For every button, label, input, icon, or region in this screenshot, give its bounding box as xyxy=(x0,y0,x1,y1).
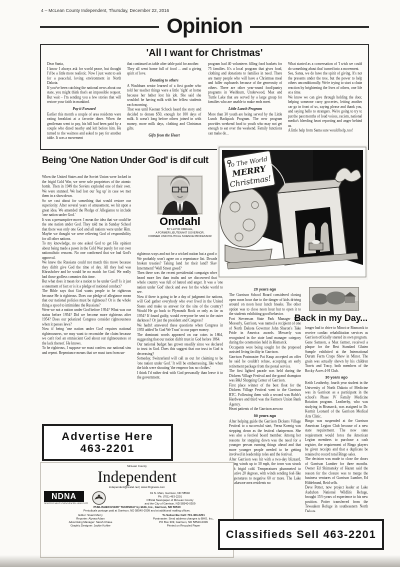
columnist-block: Omdahl BY LLOYD OMDAHL, A FORMER LIEUTEN… xyxy=(137,175,223,241)
paragraph: More than 30 youth are being served by t… xyxy=(208,112,282,136)
cartoon-gift-tag: To The World MERRY Christmas! xyxy=(223,150,275,192)
section-title: Opinion xyxy=(167,15,243,39)
advertise-here-ad: Advertise Here 463-2201 xyxy=(42,424,173,461)
header-rule-right xyxy=(250,26,369,28)
article-christmas-title: 'All I want for Christmas' xyxy=(41,45,368,59)
paragraph: Earlier this month a couple of area resi… xyxy=(47,112,121,141)
masthead-address-1: 91 N. Main, Garrison, ND 58540 xyxy=(110,492,230,496)
history-photo xyxy=(309,287,359,311)
backday-title-wrap: Back in my Day... xyxy=(293,313,369,323)
masthead-name: Independent xyxy=(44,469,230,486)
christmas-col-2: that continued as table after table paid… xyxy=(127,62,201,144)
masthead-address-2: Ph: (701) 463-2201 xyxy=(110,495,230,499)
backday-col-left: 20 years ago The Garrison School Board c… xyxy=(229,284,301,514)
paragraph: longer had to drive to Minot or Bismarck… xyxy=(305,326,368,374)
header-rule-left xyxy=(40,26,159,28)
paragraph: righteous ways and not be a wicked natio… xyxy=(137,252,223,380)
paragraph: Keith Leatherby, fourth year student in … xyxy=(305,381,368,512)
masthead: McLean County Independent independent@re… xyxy=(40,462,234,558)
paragraph: that continued as table after table paid… xyxy=(127,62,201,76)
christmas-col-1: Dear Santa, I know I always ask for worl… xyxy=(47,62,121,144)
ndna-caption: NORTH DAKOTA NEWSPAPER ASSOCIATION xyxy=(44,502,88,505)
masthead-postage-line: Periodicals postage paid at Garrison, ND… xyxy=(44,510,230,513)
masthead-staff-designer: Graphic Designer: Jackie Kohler xyxy=(44,525,137,528)
paragraph: program had 40 volunteers filling food b… xyxy=(208,62,282,105)
christmas-col-4: What started as a conversation of 'I wis… xyxy=(288,62,362,144)
heading-50-years-ago: 50 years ago xyxy=(229,413,301,418)
paragraph: What started as a conversation of 'I wis… xyxy=(288,62,362,133)
eagle-icon xyxy=(92,491,106,505)
paragraph: The Garrison School Board considered clo… xyxy=(229,293,301,412)
article-christmas-columns: Dear Santa, I know I always ask for worl… xyxy=(41,59,368,144)
columnist-credential-2: FORMER UND POLITICAL SCIENCE PROFESSOR xyxy=(137,235,223,239)
omdahl-photo xyxy=(157,175,203,215)
christmas-col-3: program had 40 volunteers filling food b… xyxy=(208,62,282,144)
ndna-logo: NDNA NORTH DAKOTA NEWSPAPER ASSOCIATION xyxy=(44,491,88,505)
nation-col-1: When the United States and the Soviet Un… xyxy=(42,175,131,421)
section-header: Opinion xyxy=(40,14,369,40)
subhead-pay-it-forward: Pay it Forward xyxy=(47,106,121,111)
subhead-little-lunch-program: Little Lunch Program xyxy=(208,106,282,111)
classifieds-ad: Classifieds Sell 463-2201 xyxy=(218,519,384,550)
paragraph: When the United States and the Soviet Un… xyxy=(42,175,131,356)
subhead-gifts-from-the-heart: Gifts from the Heart xyxy=(127,133,201,138)
paragraph: Dear Santa, I know I always ask for worl… xyxy=(47,62,121,105)
masthead-address-4: and the City of Garrison, ND 58540-0309 xyxy=(110,502,230,504)
editorial-cartoon-image: To The World MERRY Christmas! xyxy=(217,145,368,280)
subhead-donating-to-others: Donating to others xyxy=(127,78,201,83)
advertise-ad-line-2: 463-2201 xyxy=(80,443,135,455)
article-christmas: 'All I want for Christmas' Dear Santa, I… xyxy=(40,44,369,150)
heading-20-years-ago: 20 years ago xyxy=(229,287,301,292)
masthead-county: McLean County xyxy=(44,465,230,469)
paragraph: A Washburn senior learned of a first gra… xyxy=(127,84,201,132)
article-nation-title: Being 'One Nation Under God' is dif cult xyxy=(42,155,208,165)
folio-text: 4 – McLean County Independent, Thursday,… xyxy=(41,8,271,13)
heading-30-years-ago: 30 years ago xyxy=(305,375,368,380)
backday-title: Back in my Day... xyxy=(293,313,369,323)
masthead-contact: independent@restel.net | www.bhgnews.com xyxy=(44,486,230,490)
masthead-address-3: Official Newspaper of McLean County xyxy=(110,499,230,503)
classifieds-ad-text: Classifieds Sell 463-2201 xyxy=(226,529,376,541)
newspaper-page: 4 – McLean County Independent, Thursday,… xyxy=(0,0,400,567)
backday-col-right: longer had to drive to Minot or Bismarck… xyxy=(305,326,368,512)
columnist-name: Omdahl xyxy=(137,216,223,228)
advertise-ad-line-1: Advertise Here xyxy=(62,431,154,443)
ndna-logo-text: NDNA xyxy=(44,491,84,502)
paragraph: After helping guide the Garrison Dickens… xyxy=(229,419,301,486)
